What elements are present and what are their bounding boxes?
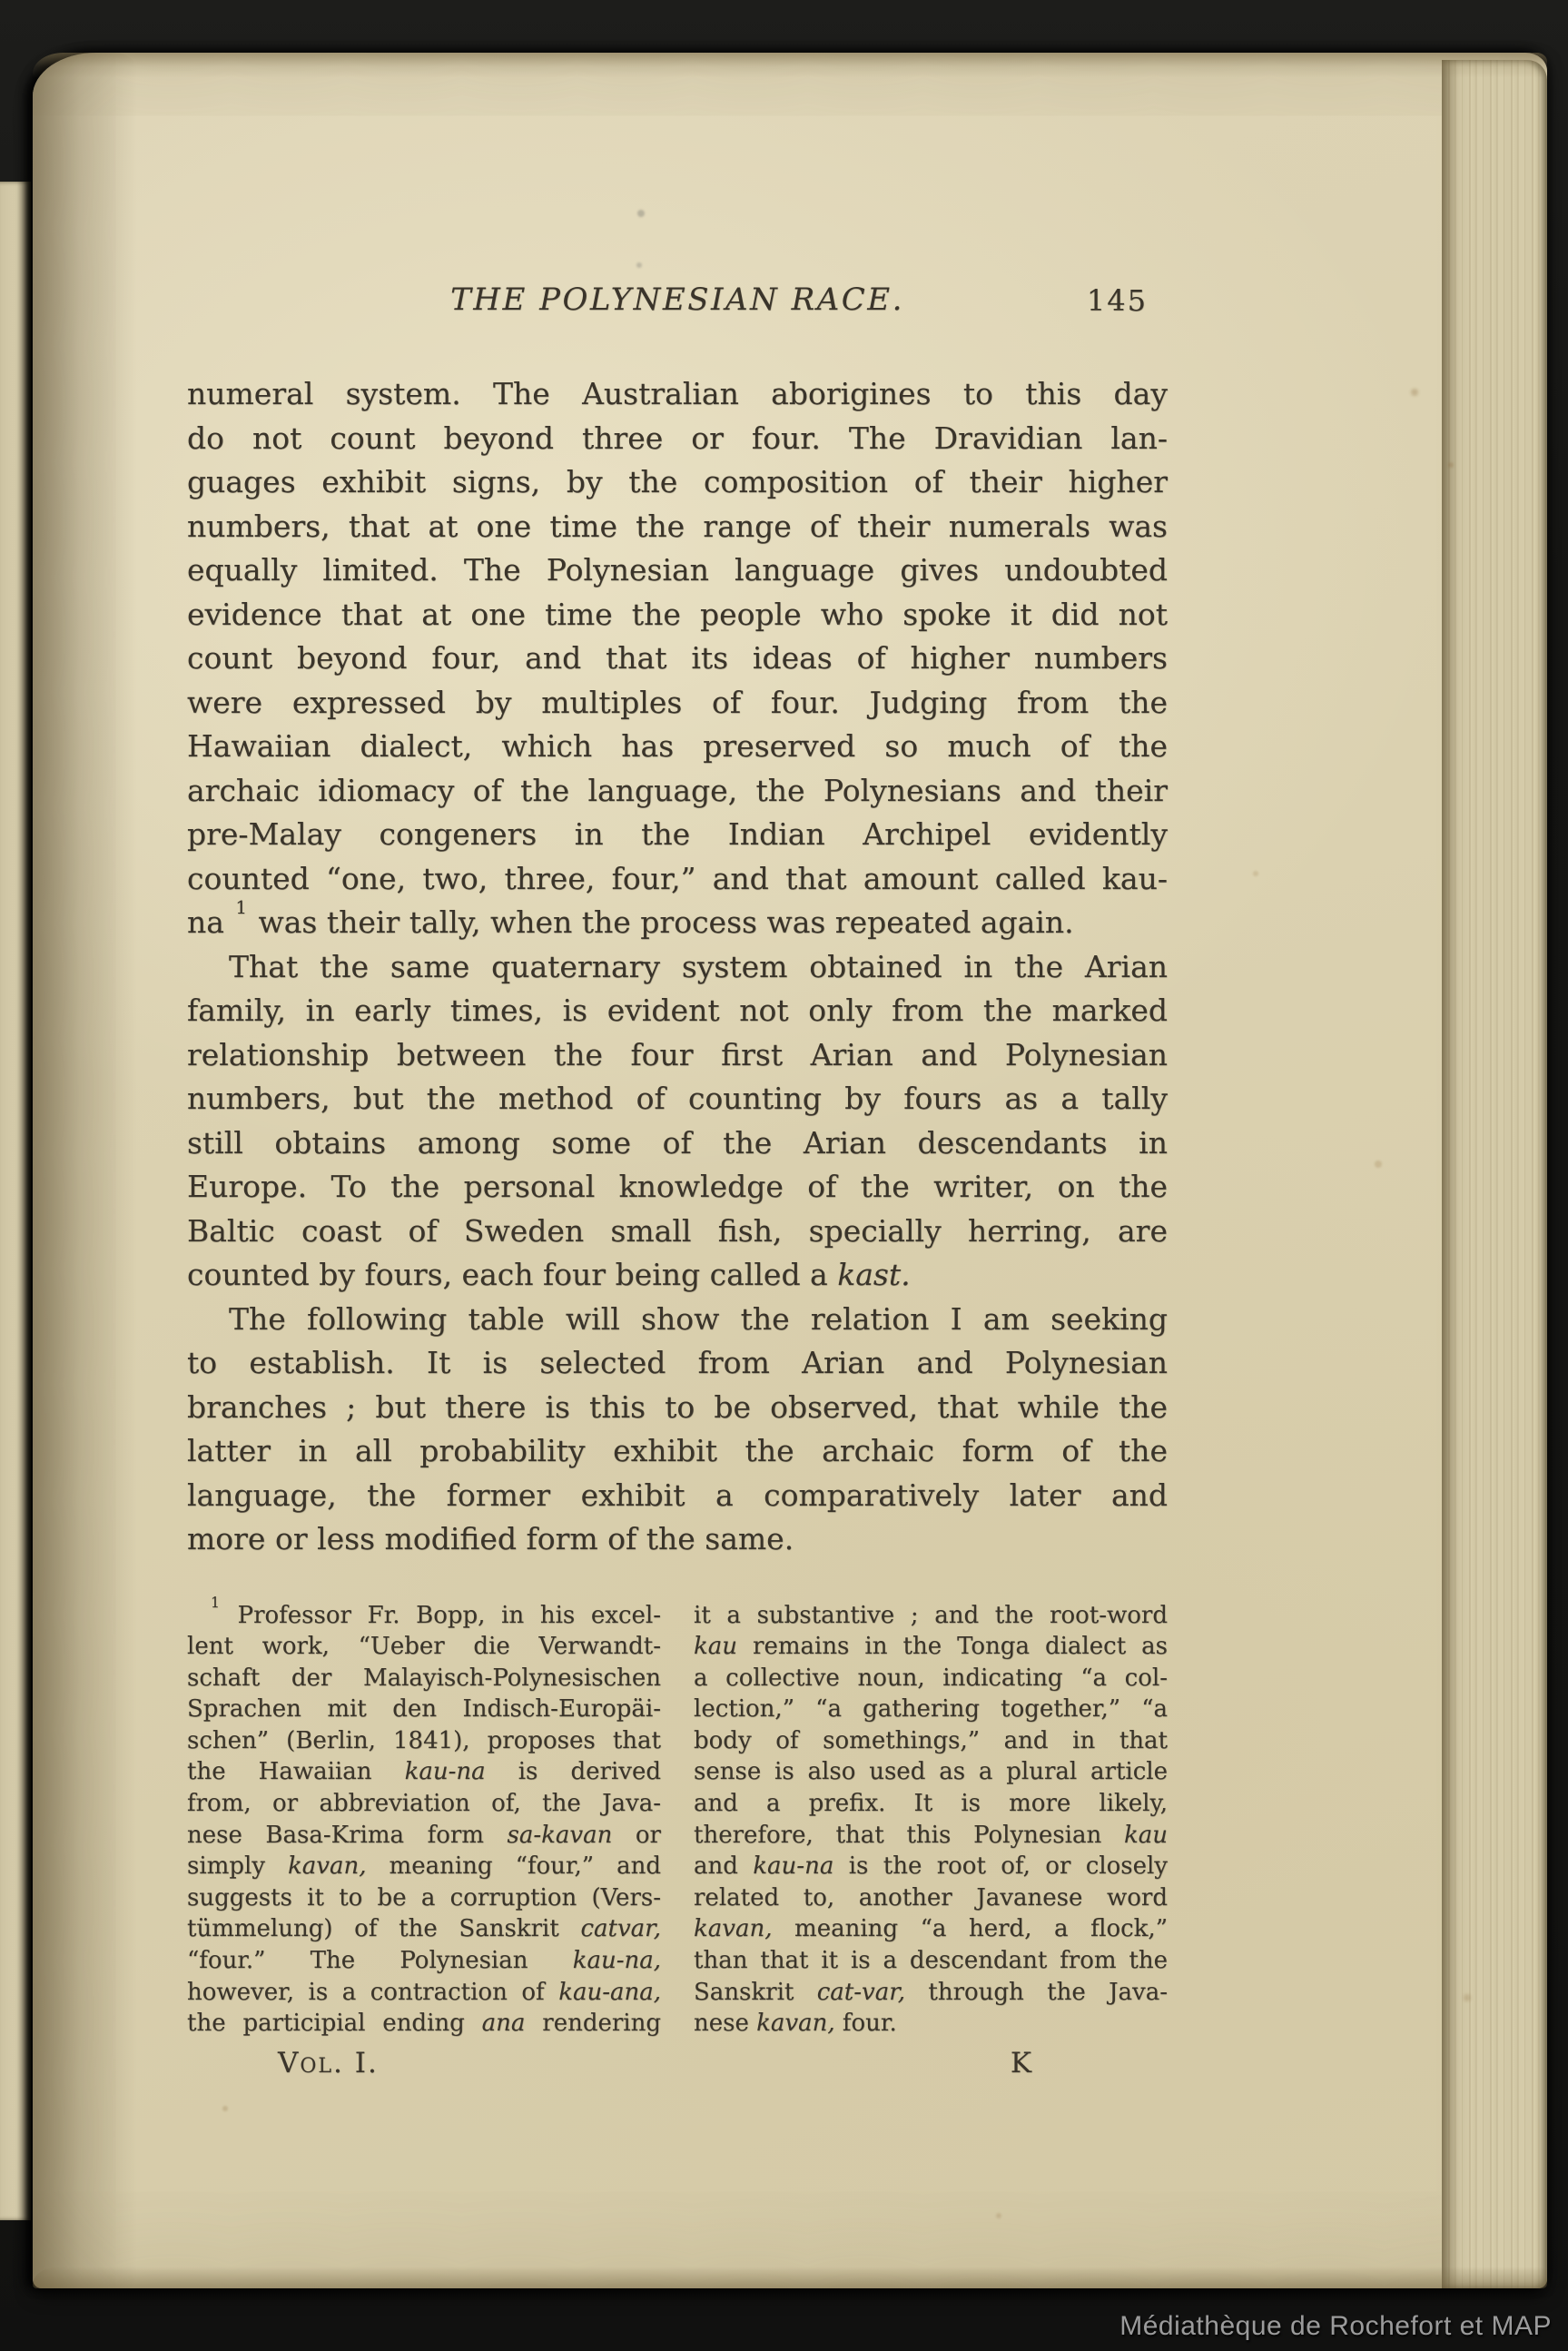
text-line: the participial ending ana rendering	[187, 2008, 661, 2040]
page-top-edge	[33, 53, 1547, 78]
volume-row: Vol. I. K	[187, 2047, 1168, 2079]
book-page: THE POLYNESIAN RACE. 145 numeral system.…	[33, 53, 1547, 2288]
text-line: na 1 was their tally, when the process w…	[187, 901, 1168, 945]
text-line: family, in early times, is evident not o…	[187, 989, 1168, 1033]
text-line: than that it is a descendant from the	[694, 1945, 1168, 1977]
footnote: 1 Professor Fr. Bopp, in his excel-lent …	[187, 1600, 1168, 2040]
text-line: language, the former exhibit a comparati…	[187, 1474, 1168, 1518]
facing-page-edge	[0, 182, 31, 2220]
text-line: nese Basa-Krima form sa-kavan or	[187, 1820, 661, 1852]
text-line: kau remains in the Tonga dialect as	[694, 1631, 1168, 1663]
text-line: Sprachen mit den Indisch-Europäi-	[187, 1694, 661, 1725]
watermark: Médiathèque de Rochefort et MAP	[1119, 2311, 1552, 2342]
volume-label: Vol. I.	[278, 2047, 379, 2079]
text-line: a collective noun, indicating “a col-	[694, 1663, 1168, 1694]
text-line: Europe. To the personal knowledge of the…	[187, 1165, 1168, 1210]
text-line: nese kavan, four.	[694, 2008, 1168, 2040]
text-line: body of somethings,” and in that	[694, 1725, 1168, 1757]
text-line: schen” (Berlin, 1841), proposes that	[187, 1725, 661, 1757]
text-line: kavan, meaning “a herd, a flock,”	[694, 1913, 1168, 1945]
text-line: equally limited. The Polynesian language…	[187, 548, 1168, 593]
text-line: pre-Malay congeners in the Indian Archip…	[187, 813, 1168, 857]
text-line: numeral system. The Australian aborigine…	[187, 372, 1168, 417]
footnote-column-right: it a substantive ; and the root-wordkau …	[694, 1600, 1168, 2040]
body-paragraph: numeral system. The Australian aborigine…	[187, 372, 1168, 945]
text-line: suggests it to be a corruption (Vers-	[187, 1882, 661, 1914]
text-line: however, is a contraction of kau-ana,	[187, 1977, 661, 2009]
text-line: Sanskrit cat-var, through the Java-	[694, 1977, 1168, 2009]
text-line: more or less modified form of the same.	[187, 1517, 1168, 1562]
signature-mark: K	[1011, 2047, 1031, 2079]
text-line: 1 Professor Fr. Bopp, in his excel-	[187, 1600, 661, 1632]
text-line: the Hawaiian kau-na is derived	[187, 1756, 661, 1788]
text-line: simply kavan, meaning “four,” and	[187, 1851, 661, 1882]
text-line: counted by fours, each four being called…	[187, 1253, 1168, 1298]
page-number: 145	[1087, 283, 1148, 318]
body-paragraph: The following table will show the relati…	[187, 1298, 1168, 1562]
gutter-shadow	[33, 53, 137, 2288]
text-line: to establish. It is selected from Arian …	[187, 1341, 1168, 1386]
body-text: numeral system. The Australian aborigine…	[187, 372, 1168, 1562]
text-line: Baltic coast of Sweden small fish, speci…	[187, 1210, 1168, 1254]
text-line: evidence that at one time the people who…	[187, 593, 1168, 637]
text-line: schaft der Malayisch-Polynesischen	[187, 1663, 661, 1694]
text-line: related to, another Javanese word	[694, 1882, 1168, 1914]
text-line: count beyond four, and that its ideas of…	[187, 637, 1168, 681]
text-line: numbers, but the method of counting by f…	[187, 1077, 1168, 1121]
text-line: archaic idiomacy of the language, the Po…	[187, 769, 1168, 814]
text-line: latter in all probability exhibit the ar…	[187, 1429, 1168, 1474]
text-line: That the same quaternary system obtained…	[187, 945, 1168, 990]
text-line: and a prefix. It is more likely,	[694, 1788, 1168, 1820]
text-line: lent work, “Ueber die Verwandt-	[187, 1631, 661, 1663]
text-line: guages exhibit signs, by the composition…	[187, 460, 1168, 505]
text-line: sense is also used as a plural article	[694, 1756, 1168, 1788]
text-line: relationship between the four first Aria…	[187, 1033, 1168, 1078]
text-line: it a substantive ; and the root-word	[694, 1600, 1168, 1632]
text-line: were expressed by multiples of four. Jud…	[187, 681, 1168, 726]
body-paragraph: That the same quaternary system obtained…	[187, 945, 1168, 1298]
text-line: therefore, that this Polynesian kau	[694, 1820, 1168, 1852]
page-fore-edge	[1442, 60, 1547, 2288]
text-line: from, or abbreviation of, the Java-	[187, 1788, 661, 1820]
foxing-specks	[33, 53, 36, 56]
footnote-column-left: 1 Professor Fr. Bopp, in his excel-lent …	[187, 1600, 661, 2040]
page-title: THE POLYNESIAN RACE.	[450, 282, 904, 318]
text-line: still obtains among some of the Arian de…	[187, 1121, 1168, 1166]
text-line: Hawaiian dialect, which has preserved so…	[187, 725, 1168, 769]
text-line: The following table will show the relati…	[187, 1298, 1168, 1342]
text-line: lection,” “a gathering together,” “a	[694, 1694, 1168, 1725]
photo-backdrop: THE POLYNESIAN RACE. 145 numeral system.…	[0, 0, 1568, 2351]
page-content: THE POLYNESIAN RACE. 145 numeral system.…	[187, 282, 1168, 2079]
text-line: and kau-na is the root of, or closely	[694, 1851, 1168, 1882]
text-line: tümmelung) of the Sanskrit catvar,	[187, 1913, 661, 1945]
text-line: numbers, that at one time the range of t…	[187, 505, 1168, 549]
text-line: “four.” The Polynesian kau-na,	[187, 1945, 661, 1977]
running-header: THE POLYNESIAN RACE. 145	[187, 282, 1168, 325]
text-line: counted “one, two, three, four,” and tha…	[187, 857, 1168, 902]
text-line: branches ; but there is this to be obser…	[187, 1386, 1168, 1430]
text-line: do not count beyond three or four. The D…	[187, 417, 1168, 461]
